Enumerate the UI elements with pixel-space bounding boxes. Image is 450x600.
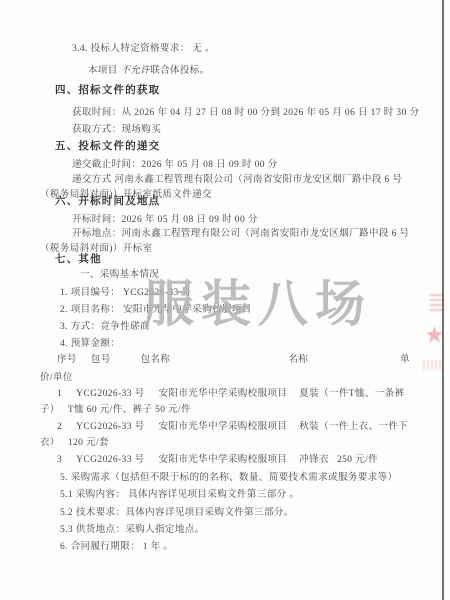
- row-package-name: 安阳市光华中学采购校服项目: [159, 389, 288, 399]
- qualification-requirement-line: 3.4. 投标人特定资格要求： 无 。: [72, 40, 215, 54]
- row-seq: 1: [57, 389, 62, 399]
- row-package-no: YCG2026-33 号: [76, 422, 144, 432]
- budget-table-header: 序号包号包名称名称单价/单位: [40, 352, 414, 387]
- consortium-note-prefix: 本项目: [88, 66, 120, 76]
- watermark: 服装八场: [144, 264, 372, 336]
- budget-table-row: 3YCG2026-33 号安阳市光华中学采购校服项目冲锋衣250 元/件: [40, 452, 414, 468]
- section-title-others: 七、其他: [55, 251, 102, 266]
- section-title-document-obtain: 四、招标文件的获取: [55, 82, 160, 97]
- budget-header-item-name: 名称: [288, 355, 308, 365]
- budget-header-package-no: 包号: [91, 355, 111, 365]
- section-title-bid-submission: 五、投标文件的递交: [55, 138, 160, 153]
- row-package-no: YCG2026-33 号: [76, 389, 144, 399]
- procurement-demand-line: 5. 采购需求（包括但不限于标的的名称、数量、简要技术需求或服务要求等）: [60, 469, 397, 483]
- page-edge-line: [442, 0, 444, 600]
- row-unit-price: T恤 60 元/件、裤子 50 元/件: [68, 405, 191, 415]
- budget-table-row: 1YCG2026-33 号安阳市光华中学采购校服项目夏装（一件T恤、一条裤子）T…: [40, 386, 414, 418]
- submission-deadline-line: 递交截止时间：2026 年 05 月 08 日 09 时 00 分: [72, 156, 278, 170]
- obtain-time-line: 获取时间：从 2026 年 04 月 27 日 08 时 00 分到 2026 …: [72, 104, 419, 118]
- budget-table-row: 2YCG2026-33 号安阳市光华中学采购校服项目秋装（一件上衣、一件下衣）1…: [40, 419, 414, 451]
- row-package-name: 安阳市光华中学采购校服项目: [159, 422, 288, 432]
- procurement-method-line: 3. 方式：竞争性磋商: [60, 318, 150, 332]
- row-package-name: 安阳市光华中学采购校服项目: [159, 455, 288, 465]
- consortium-note-suffix: 联合体投标。: [150, 66, 209, 76]
- budget-header-seq: 序号: [57, 355, 77, 365]
- stamp-fragment: [423, 360, 441, 370]
- row-item-name: 冲锋衣: [299, 455, 329, 465]
- consortium-note: 本项目 不允许联合体投标。: [88, 62, 210, 76]
- row-seq: 2: [57, 422, 62, 432]
- section-title-bid-opening: 六、开标时间及地点: [55, 193, 160, 208]
- scanned-document-page: 3.4. 投标人特定资格要求： 无 。 本项目 不允许联合体投标。 四、招标文件…: [0, 0, 450, 600]
- row-seq: 3: [57, 455, 62, 465]
- procurement-content-line: 5.1 采购内容： 具体内容详见项目采购文件第三部分 。: [60, 486, 299, 500]
- contract-term-line: 6. 合同履行期限： 1 年 。: [60, 538, 173, 552]
- row-package-no: YCG2026-33 号: [76, 455, 144, 465]
- delivery-location-line: 5.3 供货地点：采购人指定地点。: [60, 521, 205, 535]
- row-unit-price: 120 元/套: [68, 438, 109, 448]
- opening-time-line: 开标时间：2026 年 05 月 08 日 09 时 00 分: [72, 211, 258, 225]
- budget-label-line: 4. 预算金额：: [60, 335, 120, 349]
- row-unit-price: 250 元/件: [337, 455, 378, 465]
- stamp-fragment: [426, 326, 443, 343]
- budget-header-package-name: 包名称: [141, 355, 171, 365]
- technical-requirement-line: 5.2 技术要求：具体内容详见项目采购文件第三部分。: [60, 504, 294, 518]
- obtain-method-line: 获取方式：现场购买: [72, 121, 161, 135]
- consortium-note-emphasis: 不允许: [120, 66, 150, 76]
